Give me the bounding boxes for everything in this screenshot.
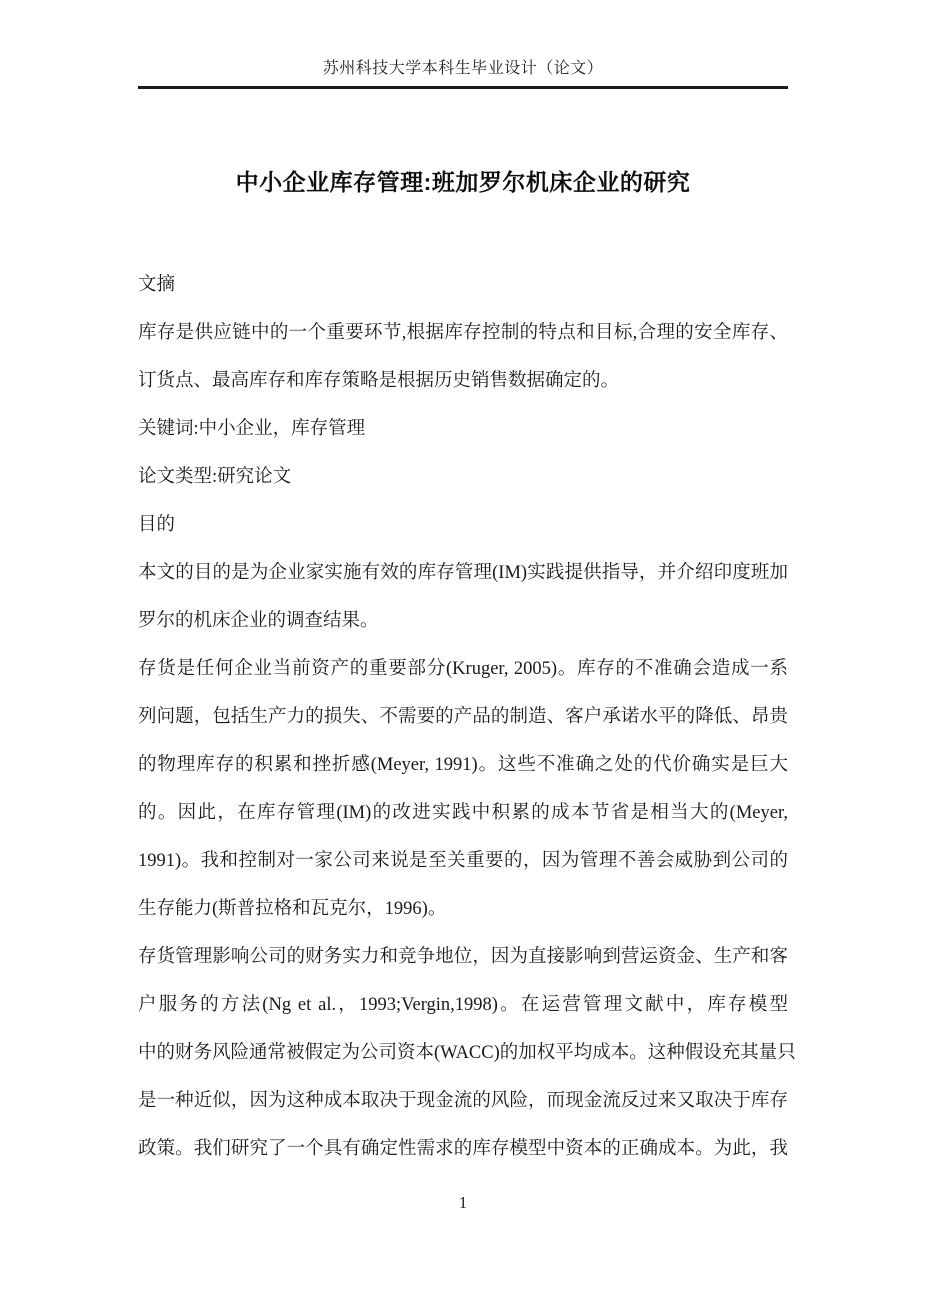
body-line: 生存能力(斯普拉格和瓦克尔，1996)。 (138, 885, 788, 933)
document-page: 苏州科技大学本科生毕业设计（论文） 中小企业库存管理:班加罗尔机床企业的研究 文… (0, 0, 926, 1309)
body-line: 中的财务风险通常被假定为公司资本(WACC)的加权平均成本。这种假设充其量只 (138, 1029, 788, 1077)
body-line: 户服务的方法(Ng et al.，1993;Vergin,1998)。在运营管理… (138, 981, 788, 1029)
body-line: 文摘 (138, 261, 788, 309)
header-divider (138, 86, 788, 89)
header-title: 苏州科技大学本科生毕业设计（论文） (138, 57, 788, 80)
body-line: 罗尔的机床企业的调查结果。 (138, 597, 788, 645)
body-line: 列问题，包括生产力的损失、不需要的产品的制造、客户承诺水平的降低、昂贵 (138, 693, 788, 741)
body-line: 目的 (138, 501, 788, 549)
body-line: 存货管理影响公司的财务实力和竞争地位，因为直接影响到营运资金、生产和客 (138, 933, 788, 981)
body-line: 的物理库存的积累和挫折感(Meyer, 1991)。这些不准确之处的代价确实是巨… (138, 741, 788, 789)
document-title: 中小企业库存管理:班加罗尔机床企业的研究 (0, 167, 926, 197)
body-line: 订货点、最高库存和库存策略是根据历史销售数据确定的。 (138, 357, 788, 405)
body-line: 论文类型:研究论文 (138, 453, 788, 501)
body-line: 关键词:中小企业，库存管理 (138, 405, 788, 453)
body-line: 1991)。我和控制对一家公司来说是至关重要的，因为管理不善会威胁到公司的 (138, 837, 788, 885)
body-line: 是一种近似，因为这种成本取决于现金流的风险，而现金流反过来又取决于库存 (138, 1077, 788, 1125)
body-line: 的。因此，在库存管理(IM)的改进实践中积累的成本节省是相当大的(Meyer, (138, 789, 788, 837)
document-body: 文摘 库存是供应链中的一个重要环节,根据库存控制的特点和目标,合理的安全库存、 … (138, 261, 788, 1173)
page-number: 1 (0, 1191, 926, 1215)
body-line: 政策。我们研究了一个具有确定性需求的库存模型中资本的正确成本。为此，我 (138, 1125, 788, 1173)
body-line: 库存是供应链中的一个重要环节,根据库存控制的特点和目标,合理的安全库存、 (138, 309, 788, 357)
body-line: 存货是任何企业当前资产的重要部分(Kruger, 2005)。库存的不准确会造成… (138, 645, 788, 693)
body-line: 本文的目的是为企业家实施有效的库存管理(IM)实践提供指导，并介绍印度班加 (138, 549, 788, 597)
page-header: 苏州科技大学本科生毕业设计（论文） (138, 57, 788, 89)
